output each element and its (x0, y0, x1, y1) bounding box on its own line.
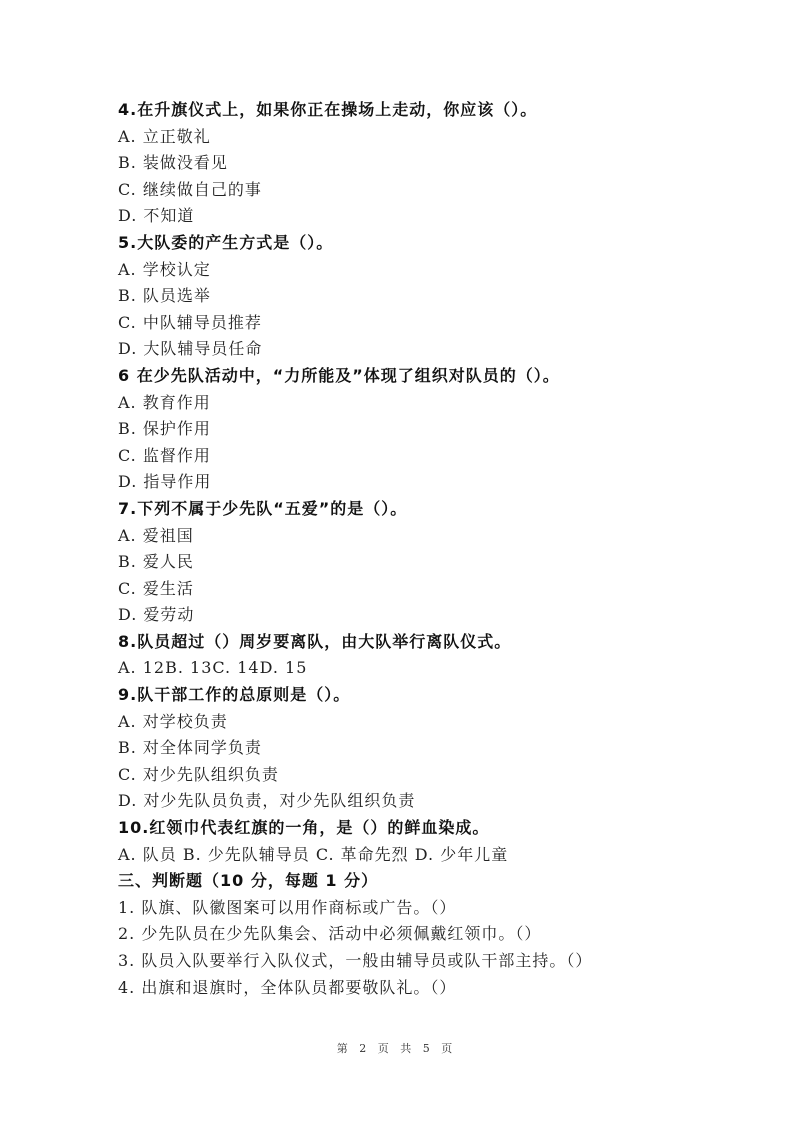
judgment-item: 4. 出旗和退旗时，全体队员都要敬队礼。（） (118, 975, 678, 1002)
option: A. 学校认定 (118, 257, 678, 284)
question-8: 8.队员超过（）周岁要离队，由大队举行离队仪式。 (118, 629, 678, 656)
option: A. 教育作用 (118, 390, 678, 417)
document-page: 4.在升旗仪式上，如果你正在操场上走动，你应该（）。 A. 立正敬礼 B. 装做… (0, 0, 793, 1122)
page-footer: 第 2 页 共 5 页 (0, 1040, 793, 1056)
question-6: 6 在少先队活动中，“力所能及”体现了组织对队员的（）。 (118, 363, 678, 390)
option: A. 立正敬礼 (118, 124, 678, 151)
option: D. 大队辅导员任命 (118, 336, 678, 363)
option: D. 指导作用 (118, 469, 678, 496)
option: B. 爱人民 (118, 549, 678, 576)
option: A. 队员 B. 少先队辅导员 C. 革命先烈 D. 少年儿童 (118, 842, 678, 869)
option: C. 继续做自己的事 (118, 177, 678, 204)
option: C. 中队辅导员推荐 (118, 310, 678, 337)
option: B. 队员选举 (118, 283, 678, 310)
option: D. 爱劳动 (118, 602, 678, 629)
option: D. 不知道 (118, 203, 678, 230)
question-9: 9.队干部工作的总原则是（）。 (118, 682, 678, 709)
question-10: 10.红领巾代表红旗的一角，是（）的鲜血染成。 (118, 815, 678, 842)
page-content: 4.在升旗仪式上，如果你正在操场上走动，你应该（）。 A. 立正敬礼 B. 装做… (118, 97, 678, 1001)
section-3-title: 三、判断题（10 分，每题 1 分） (118, 868, 678, 895)
option: A. 爱祖国 (118, 523, 678, 550)
option: B. 保护作用 (118, 416, 678, 443)
question-4: 4.在升旗仪式上，如果你正在操场上走动，你应该（）。 (118, 97, 678, 124)
judgment-item: 2. 少先队员在少先队集会、活动中必须佩戴红领巾。（） (118, 921, 678, 948)
judgment-item: 3. 队员入队要举行入队仪式，一般由辅导员或队干部主持。（） (118, 948, 678, 975)
option: C. 爱生活 (118, 576, 678, 603)
judgment-item: 1. 队旗、队徽图案可以用作商标或广告。（） (118, 895, 678, 922)
question-5: 5.大队委的产生方式是（）。 (118, 230, 678, 257)
option: B. 对全体同学负责 (118, 735, 678, 762)
option: C. 对少先队组织负责 (118, 762, 678, 789)
option: D. 对少先队员负责，对少先队组织负责 (118, 788, 678, 815)
option: A. 对学校负责 (118, 709, 678, 736)
question-7: 7.下列不属于少先队“五爱”的是（）。 (118, 496, 678, 523)
option: B. 装做没看见 (118, 150, 678, 177)
option: A. 12B. 13C. 14D. 15 (118, 655, 678, 682)
option: C. 监督作用 (118, 443, 678, 470)
